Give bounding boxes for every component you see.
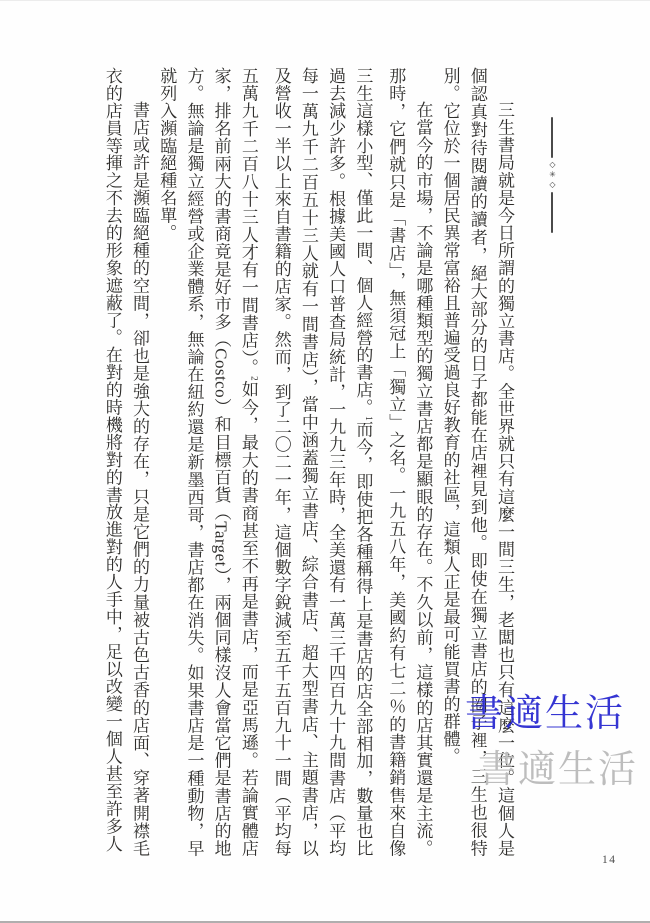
watermark-primary: 書適生活: [465, 682, 625, 737]
paragraph-3: 書店或許是瀕臨絕種的空間，卻也是強大的存在，只是它們的力量被古色古香的店面、穿著…: [99, 67, 153, 857]
book-page: ◇✳◇ 三生書局就是今日所謂的獨立書店。全世界就只有這麼一間三生，老闆也只有這麼…: [0, 0, 650, 923]
section-divider: ◇✳◇: [543, 117, 561, 233]
divider-rule-bottom: [551, 192, 553, 233]
body-text: 三生書局就是今日所謂的獨立書店。全世界就只有這麼一間三生，老闆也只有這麼一位。這…: [94, 67, 518, 857]
page-number: 14: [602, 854, 617, 866]
paragraph-2: 在當今的市場，不論是哪種類型的獨立書店都是顯眼的存在。不久以前，這樣的店其實還是…: [153, 67, 436, 857]
divider-rule-top: [551, 117, 553, 158]
divider-ornament-icon: ◇✳◇: [547, 160, 557, 190]
page-top-edge: [0, 0, 650, 1]
watermark-secondary: 書適生活: [478, 738, 638, 793]
